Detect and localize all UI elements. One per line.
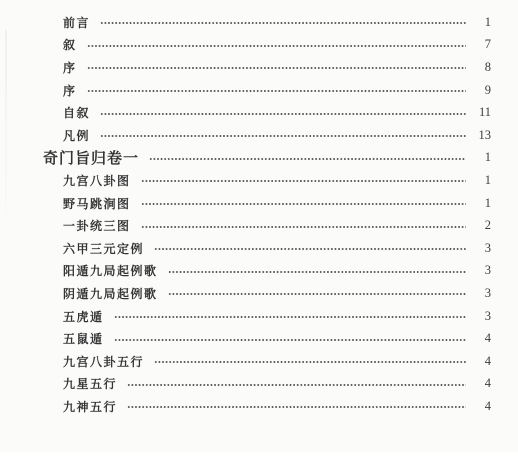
table-of-contents: 前言 1 叙 7 序 8 序 9 自叙 11 凡例 13 奇门旨归卷一 1 九宫…	[0, 11, 518, 418]
toc-entry-page-number: 2	[473, 218, 491, 233]
toc-entry-page-number: 1	[473, 196, 491, 211]
toc-entry-page-number: 8	[473, 60, 491, 75]
toc-entry-page-number: 9	[473, 83, 491, 98]
scanned-toc-page: 前言 1 叙 7 序 8 序 9 自叙 11 凡例 13 奇门旨归卷一 1 九宫…	[0, 0, 518, 468]
toc-entry-page-number: 3	[473, 309, 491, 324]
toc-entry-label: 九星五行	[63, 375, 117, 392]
toc-entry-page-number: 7	[473, 37, 491, 52]
dotted-leader	[100, 134, 466, 138]
dotted-leader	[141, 179, 466, 183]
toc-entry: 自叙 11	[0, 101, 518, 124]
toc-entry-page-number: 4	[473, 331, 491, 346]
dotted-leader	[114, 315, 466, 319]
toc-entry: 五鼠遁 4	[0, 327, 518, 350]
toc-entry: 野马跳涧图 1	[0, 192, 518, 215]
toc-entry-label: 五鼠遁	[63, 330, 104, 347]
toc-entry: 九星五行 4	[0, 373, 518, 396]
toc-entry: 九神五行 4	[0, 395, 518, 418]
toc-entry-label: 九宫八卦五行	[63, 353, 144, 370]
toc-entry-label: 一卦统三图	[63, 217, 131, 234]
toc-entry-page-number: 1	[473, 150, 491, 165]
toc-entry-label: 自叙	[63, 104, 90, 121]
toc-entry-label: 凡例	[63, 127, 90, 144]
dotted-leader	[168, 292, 466, 296]
dotted-leader	[149, 157, 466, 161]
dotted-leader	[87, 44, 466, 48]
toc-entry: 前言 1	[0, 11, 518, 34]
toc-entry-label: 序	[63, 82, 77, 99]
dotted-leader	[127, 383, 466, 387]
toc-entry-label: 野马跳涧图	[63, 195, 131, 212]
toc-entry-page-number: 1	[473, 15, 491, 30]
toc-entry: 六甲三元定例 3	[0, 237, 518, 260]
dotted-leader	[100, 112, 466, 116]
toc-entry: 阴遁九局起例歌 3	[0, 282, 518, 305]
toc-entry-label: 阴遁九局起例歌	[63, 285, 158, 302]
toc-entry-page-number: 4	[473, 376, 491, 391]
toc-entry: 叙 7	[0, 34, 518, 57]
toc-entry-page-number: 1	[473, 173, 491, 188]
toc-entry-label: 九宫八卦图	[63, 172, 131, 189]
toc-entry-page-number: 4	[473, 354, 491, 369]
toc-entry: 九宫八卦图 1	[0, 169, 518, 192]
toc-entry: 凡例 13	[0, 124, 518, 147]
toc-entry-page-number: 13	[473, 128, 491, 143]
toc-entry-label: 奇门旨归卷一	[43, 147, 139, 168]
dotted-leader	[87, 89, 466, 93]
toc-entry-page-number: 3	[473, 263, 491, 278]
toc-entry-page-number: 4	[473, 399, 491, 414]
toc-entry-label: 五虎遁	[63, 308, 104, 325]
toc-entry: 九宫八卦五行 4	[0, 350, 518, 373]
dotted-leader	[154, 247, 466, 251]
dotted-leader	[87, 66, 466, 70]
toc-entry-label: 九神五行	[63, 398, 117, 415]
dotted-leader	[168, 270, 466, 274]
toc-entry: 序 9	[0, 79, 518, 102]
toc-entry-label: 序	[63, 59, 77, 76]
toc-entry-page-number: 3	[473, 286, 491, 301]
toc-entry-page-number: 3	[473, 241, 491, 256]
toc-entry: 一卦统三图 2	[0, 214, 518, 237]
toc-entry-page-number: 11	[473, 105, 491, 120]
toc-entry-label: 前言	[63, 14, 90, 31]
dotted-leader	[141, 225, 466, 229]
toc-chapter-entry: 奇门旨归卷一 1	[0, 147, 518, 170]
toc-entry-label: 叙	[63, 36, 77, 53]
dotted-leader	[141, 202, 466, 206]
toc-entry-label: 六甲三元定例	[63, 240, 144, 257]
page-bottom-edge	[0, 452, 518, 468]
toc-entry: 序 8	[0, 56, 518, 79]
dotted-leader	[114, 338, 466, 342]
toc-entry: 阳遁九局起例歌 3	[0, 260, 518, 283]
dotted-leader	[127, 405, 466, 409]
dotted-leader	[154, 360, 466, 364]
toc-entry: 五虎遁 3	[0, 305, 518, 328]
dotted-leader	[100, 21, 466, 25]
toc-entry-label: 阳遁九局起例歌	[63, 262, 158, 279]
